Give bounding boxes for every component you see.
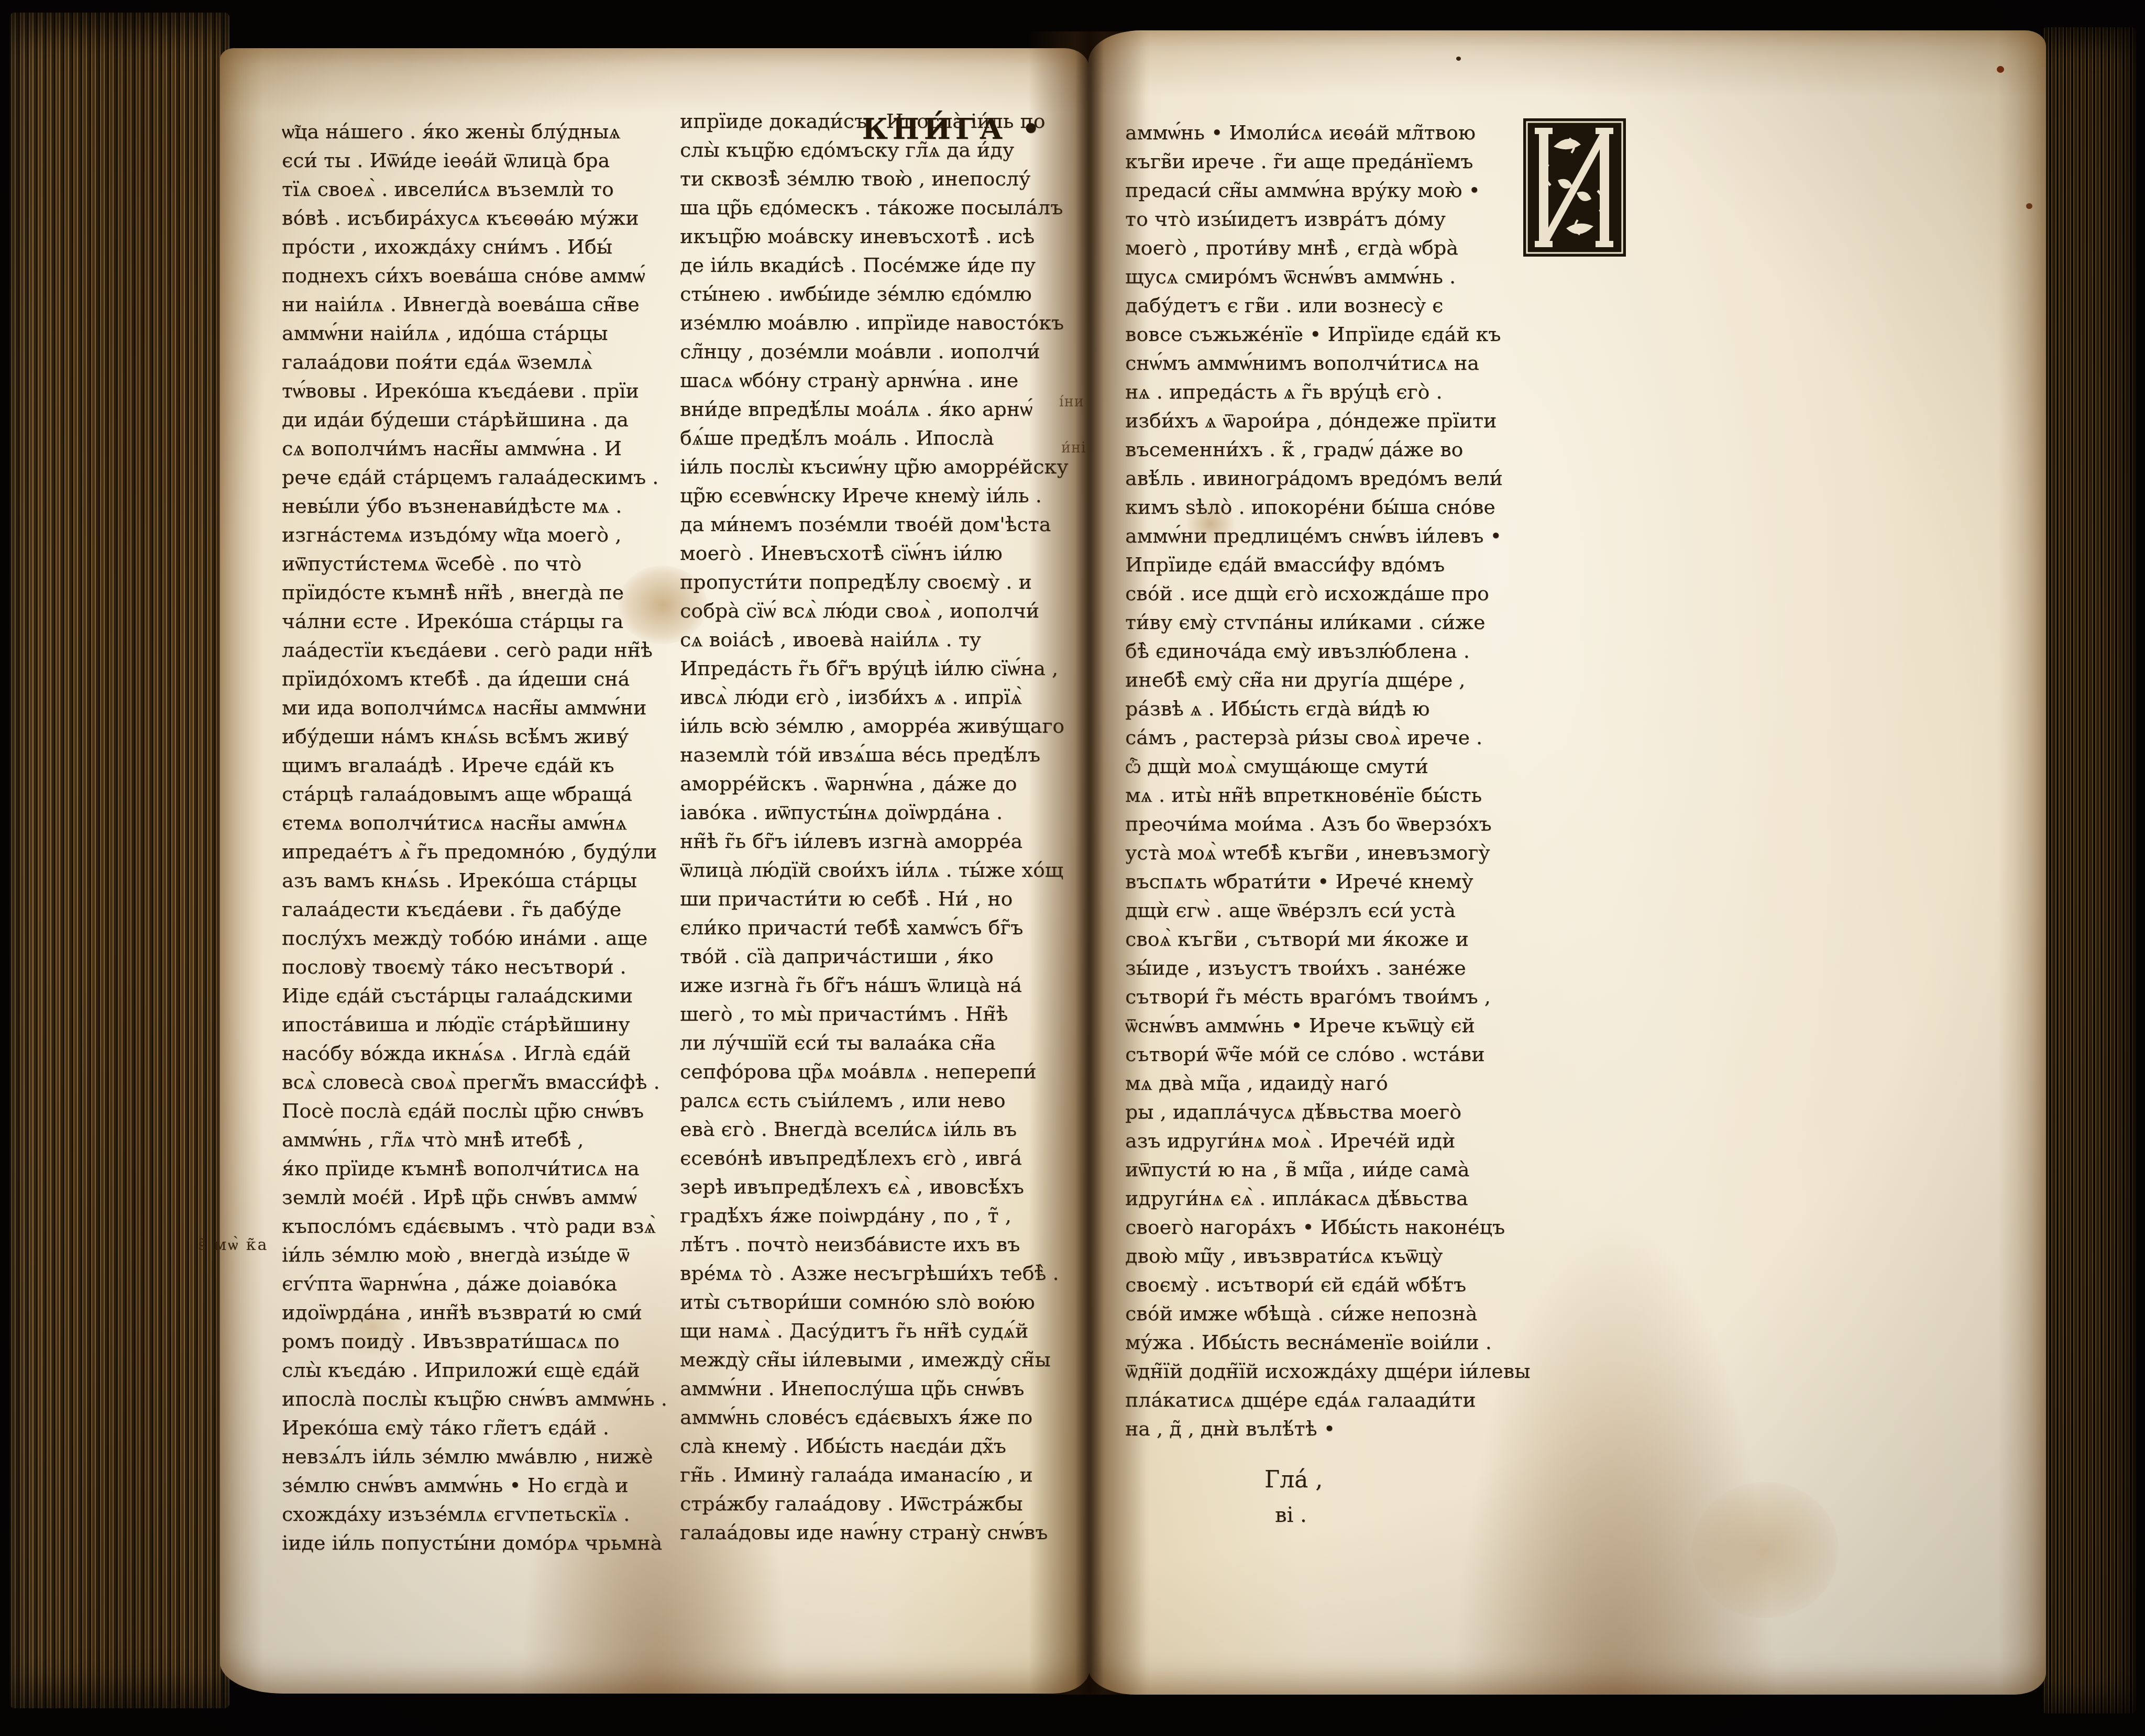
text-line: ли лу́чшїй єси́ ты валаа́ка сн̃а bbox=[680, 1029, 1078, 1057]
ornamental-initial-letter bbox=[1522, 117, 1627, 258]
chapter-heading-number: ві . bbox=[1275, 1503, 1307, 1527]
text-line: уста̀ моѧ̀ ѡтебѣ̀ къгв̃и , иневъзмогу̀ bbox=[1125, 838, 1519, 867]
text-line: бѧ́ше предѣ́лъ моа́ль . Ипосла̀ bbox=[680, 424, 1078, 452]
text-line: іи́ль послы̀ късиѡ́ну цр̃ю аморре́йску bbox=[680, 452, 1078, 481]
text-line: между̀ сн̃ы іи́левыми , имежду̀ сн̃ы bbox=[680, 1345, 1078, 1374]
text-line: сты́нею . иѡбы́иде зе́млю єдо́млю bbox=[680, 280, 1078, 308]
text-line: идруги́нѧ єѧ̀ . ипла́касѧ дѣ́вьства bbox=[1125, 1184, 1519, 1213]
text-line: дабу́детъ є гв̃и . или вознесу̀ є bbox=[1125, 291, 1519, 320]
text-line: послу́хъ между̀ тобо́ю ина́ми . аще bbox=[282, 924, 676, 953]
text-line: моего̀ , проти́ву мнѣ̀ , єгда̀ ѡбра̀ bbox=[1125, 234, 1519, 262]
text-line: Ипреда́сть г̃ь бг̃ъ вру́цѣ іи́лю сїѡ́на … bbox=[680, 654, 1078, 683]
text-line: зы́иде , изъустъ твои́хъ . зане́же bbox=[1125, 954, 1519, 982]
text-line: ипоста́виша и лю́дїє ста́рѣйшину bbox=[282, 1010, 676, 1039]
text-line: собра̀ сїѡ́ всѧ̀ лю́ди своѧ̀ , иополчи́ bbox=[680, 596, 1078, 625]
text-line: ромъ поиду̀ . Ивъзврати́шасѧ по bbox=[282, 1327, 676, 1356]
text-line: єли́ко причасти́ тебѣ̀ хамѡ́съ бг̃ъ bbox=[680, 913, 1078, 942]
text-line: цр̃ю єсевѡ́нску Ирече кнему̀ іи́ль . bbox=[680, 481, 1078, 510]
text-line: предаси́ сн̃ы аммѡ́на вру́ку мою̀ • bbox=[1125, 176, 1519, 205]
text-line: ча́лни єсте . Иреко́ша ста́рцы га bbox=[282, 607, 676, 636]
text-line: слы̀ къєда́ю . Иприложи́ єщѐ єда́й bbox=[282, 1356, 676, 1385]
text-line: ипредае́тъ ѧ̀ г̃ь предомно́ю , буду́ли bbox=[282, 837, 676, 866]
text-line: сѧ воіа́сѣ , ивоева̀ наіи́лѧ . ту bbox=[680, 625, 1078, 654]
text-line: ипосла̀ послы̀ къцр̃ю снѡ́въ аммѡ́нь . bbox=[282, 1385, 676, 1413]
gutter-note: і́ни bbox=[1059, 394, 1084, 410]
text-line: гн̃ь . Имину̀ галаа́да иманасі́ю , и bbox=[680, 1461, 1078, 1489]
text-line: лѣ́тъ . почто̀ неизба́висте ихъ въ bbox=[680, 1230, 1078, 1259]
text-line: да ми́немъ позе́мли твое́й дом'ѣста bbox=[680, 510, 1078, 539]
text-line: преѻчи́ма мои́ма . Азъ бо ѿверзо́хъ bbox=[1125, 810, 1519, 838]
text-line: аммѡ́ни . Инепослу́ша цр̃ь снѡ́въ bbox=[680, 1374, 1078, 1403]
text-line: изби́хъ ѧ ѿарои́ра , до́ндеже прїити bbox=[1125, 406, 1519, 435]
margin-note-reference: ѕ̃ мѡ̀ к̃а bbox=[198, 1236, 268, 1254]
text-line: ра́звѣ ѧ . Ибы́сть єгда̀ ви́дѣ ю bbox=[1125, 694, 1519, 723]
text-line: вре́мѧ то̀ . Азже несъгрѣши́хъ тебѣ̀ . bbox=[680, 1259, 1078, 1288]
text-line: вовсе съжьже́нїе • Ипрїиде єда́й къ bbox=[1125, 320, 1519, 349]
text-line: рече єда́й ста́рцемъ галаа́дескимъ . bbox=[282, 463, 676, 492]
text-line: наземлѝ то́й ивзѧ́ша ве́сь предѣ́лъ bbox=[680, 740, 1078, 769]
text-line: дщѝ єгѡ̀ . аще ѿве́рзлъ єси́ уста̀ bbox=[1125, 896, 1519, 925]
woodcut-initial-icon bbox=[1522, 117, 1627, 258]
text-line: Ипрїиде єда́й вмасси́фу вдо́мъ bbox=[1125, 550, 1519, 579]
left-page: КНИ́ГА • ѡ̃ца на́шего . я́ко жены̀ блу́д… bbox=[220, 48, 1090, 1694]
text-line: про́сти , ихожда́ху сни́мъ . Ибы́ bbox=[282, 233, 676, 261]
text-line: инебѣ̀ єму̀ сн̃а ни другі́а дще́ре , bbox=[1125, 666, 1519, 694]
text-line: послову̀ твоєму̀ та́ко несътвори́ . bbox=[282, 953, 676, 981]
text-line: аморре́йскъ . ѿарнѡ́на , да́же до bbox=[680, 769, 1078, 798]
text-line: ипрїиде докади́съ . Ипосла̀ іи́ль по bbox=[680, 107, 1078, 136]
text-line: тѡ́вовы . Иреко́ша къєда́еви . прїи bbox=[282, 377, 676, 405]
text-line: му́жа . Ибы́сть весна́менїе воіи́ли . bbox=[1125, 1328, 1519, 1357]
text-line: ѿснѡ́въ аммѡ́нь • Ирече къѿцу̀ єй bbox=[1125, 1011, 1519, 1040]
text-line: зе́млю снѡ́въ аммѡ́нь • Но єгда̀ и bbox=[282, 1471, 676, 1500]
text-line: сътвори́ ѿч̃е мо́й се сло́во . ѡста́ви bbox=[1125, 1040, 1519, 1069]
text-line: іи́ль зе́млю мою̀ , внегда̀ изы́де ѿ bbox=[282, 1241, 676, 1269]
fore-edge-right bbox=[2042, 27, 2136, 1713]
text-line: галаа́дести къєда́еви . г̃ь дабу́де bbox=[282, 895, 676, 924]
text-line: Иреко́ша єму̀ та́ко гл̃етъ єда́й . bbox=[282, 1413, 676, 1442]
chapter-heading-label: Гла́ , bbox=[1264, 1466, 1323, 1493]
text-line: пла́катисѧ дще́ре єда́ѧ галаади́ти bbox=[1125, 1386, 1519, 1414]
text-line: ди ида́и бу́деши ста́рѣйшина . да bbox=[282, 405, 676, 434]
text-line: нн̃ѣ г̃ь бг̃ъ іи́левъ изгна̀ аморре́а bbox=[680, 827, 1078, 856]
text-line: невзѧ́лъ іи́ль зе́млю мѡа́влю , нижѐ bbox=[282, 1442, 676, 1471]
text-line: на , д̃ , днѝ вълѣ́тѣ • bbox=[1125, 1414, 1519, 1443]
text-line: ѡ̃ца на́шего . я́ко жены̀ блу́дныѧ bbox=[282, 117, 676, 146]
text-line: аммѡ́ни предлице́мъ снѡ́въ іи́левъ • bbox=[1125, 522, 1519, 550]
text-line: єсево́нѣ ивъпредѣ́лехъ єго̀ , ивга́ bbox=[680, 1144, 1078, 1173]
gutter-note: и́ні bbox=[1061, 440, 1086, 456]
text-line: я́ко прїиде къмнѣ̀ вополчи́тисѧ на bbox=[282, 1154, 676, 1183]
text-line: всѧ̀ словеса̀ своѧ̀ прегм̃ъ вмасси́фѣ . bbox=[282, 1068, 676, 1097]
text-line: сепфо́рова цр̃ѧ моа́влѧ . неперепи́ bbox=[680, 1057, 1078, 1086]
text-line: лаа́дестїи къєда́еви . сего̀ ради нн̃ѣ bbox=[282, 636, 676, 665]
text-line: аммѡ́нь , гл̃ѧ что̀ мнѣ̀ итебѣ̀ , bbox=[282, 1125, 676, 1154]
paper-stain bbox=[1692, 1482, 1839, 1618]
text-line: сътвори́ г̃ь ме́сть враго́мъ твои́мъ , bbox=[1125, 982, 1519, 1011]
text-line: сла̀ кнему̀ . Ибы́сть наєда́и дх̃ъ bbox=[680, 1432, 1078, 1461]
text-line: иѿпусти́стемѧ ѿсебѐ . по что̀ bbox=[282, 549, 676, 578]
text-line: єгѵ́пта ѿарнѡ́на , да́же доіаво́ка bbox=[282, 1269, 676, 1298]
text-line: са́мъ , растерза̀ ри́зы своѧ̀ ирече . bbox=[1125, 723, 1519, 752]
text-line: иже изгна̀ г̃ь бг̃ъ на́шъ ѿлица̀ на́ bbox=[680, 971, 1078, 1000]
text-line: своего̀ нагора́хъ • Ибы́сть наконе́цъ bbox=[1125, 1213, 1519, 1242]
text-line: аммѡ́ни наіи́лѧ , идо́ша ста́рцы bbox=[282, 319, 676, 348]
text-line: схожда́ху изъзе́млѧ єгѵпетьскїѧ . bbox=[282, 1500, 676, 1529]
text-line: мѧ . иты̀ нн̃ѣ впреткнове́нїе бы́сть bbox=[1125, 781, 1519, 810]
text-line: ры , идапла́чусѧ дѣ́вьства моего̀ bbox=[1125, 1098, 1519, 1126]
text-line: ста́рцѣ галаа́довымъ аще ѡбраща́ bbox=[282, 780, 676, 809]
text-column-left-1: ѡ̃ца на́шего . я́ко жены̀ блу́дныѧєси́ т… bbox=[282, 117, 676, 1557]
text-line: де іи́ль вкади́сѣ . Посе́мже и́де пу bbox=[680, 251, 1078, 280]
text-line: азъ идруги́нѧ моѧ̀ . Ирече́й идѝ bbox=[1125, 1126, 1519, 1155]
text-line: ѿдн̃їй додн̃їй исхожда́ху дще́ри іи́левы bbox=[1125, 1357, 1519, 1386]
text-line: азъ вамъ кнѧ́ѕь . Иреко́ша ста́рцы bbox=[282, 866, 676, 895]
text-column-right-2 bbox=[1522, 114, 1924, 260]
text-line: слы̀ къцр̃ю єдо́мъску гл̃ѧ да и́ду bbox=[680, 136, 1078, 164]
text-line: пропусти́ти попредѣ́лу своєму̀ . и bbox=[680, 568, 1078, 596]
text-line: въсеменни́хъ . к̃ , градѡ́ да́же во bbox=[1125, 435, 1519, 464]
text-line: мѧ два̀ мц̃а , идаиду̀ наго́ bbox=[1125, 1069, 1519, 1098]
text-line: двою̀ мц̃у , ивъзврати́сѧ къѿцу̀ bbox=[1125, 1242, 1519, 1270]
fore-edge-left bbox=[9, 13, 229, 1708]
text-line: насо́бу во́жда икнѧ́ѕѧ . Игла̀ єда́й bbox=[282, 1039, 676, 1068]
text-line: землѝ моє́й . Ирѣ̀ цр̃ь снѡ́въ аммѡ́ bbox=[282, 1183, 676, 1212]
text-line: къгв̃и ирече . г̃и аще преда́нїемъ bbox=[1125, 147, 1519, 176]
text-column-left-2: ипрїиде докади́съ . Ипосла̀ іи́ль послы̀… bbox=[680, 107, 1078, 1547]
text-line: ѽ дщѝ моѧ̀ смуща́юще смути́ bbox=[1125, 752, 1519, 781]
text-line: моего̀ . Иневъсхотѣ̀ сїѡ́нъ іи́лю bbox=[680, 539, 1078, 568]
text-line: іаво́ка . иѿпусты́нѧ доїѡрда́на . bbox=[680, 798, 1078, 827]
text-line: поднехъ си́хъ воева́ша сно́ве аммѡ́ bbox=[282, 261, 676, 290]
text-line: своєму̀ . исътвори́ єй єда́й ѡбѣ́тъ bbox=[1125, 1270, 1519, 1299]
text-line: прїидо́сте къмнѣ̀ нн̃ѣ , внегда̀ пе bbox=[282, 578, 676, 607]
text-line: шасѧ ѡбо́ну страну̀ арнѡ́на . ине bbox=[680, 366, 1078, 395]
text-line: въспѧть ѡбрати́ти • Ирече́ кнему̀ bbox=[1125, 867, 1519, 896]
text-line: ми ида вополчи́мсѧ насн̃ы аммѡ́ни bbox=[282, 693, 676, 722]
text-line: аммѡ́нь • Имоли́сѧ иєѳа́й мл̃твою bbox=[1125, 118, 1519, 147]
text-line: тво́й . сїа̀ даприча́стиши , я́ко bbox=[680, 942, 1078, 971]
right-page: суде́й іи́левы • ли́ рѕ̃і аммѡ́нь • Имол… bbox=[1088, 30, 2046, 1695]
text-line: сво́й имже ѡбѣща̀ . си́же непозна̀ bbox=[1125, 1299, 1519, 1328]
text-line: своѧ̀ къгв̃и , сътвори́ ми я́коже и bbox=[1125, 925, 1519, 954]
text-line: єтемѧ вополчи́тисѧ насн̃ы амѡ́нѧ bbox=[282, 809, 676, 837]
text-line: ни наіи́лѧ . Ивнегда̀ воева́ша сн̃ве bbox=[282, 290, 676, 319]
text-line: ивсѧ̀ лю́ди єго̀ , іизби́хъ ѧ . ипрїѧ̀ bbox=[680, 683, 1078, 712]
text-line: прїидо́хомъ ктебѣ̀ . да и́деши сна́ bbox=[282, 665, 676, 693]
text-line: шего̀ , то мы̀ причасти́мъ . Нн̃ѣ bbox=[680, 1000, 1078, 1029]
text-line: іиде іи́ль попусты́ни домо́рѧ чрьмна̀ bbox=[282, 1529, 676, 1557]
text-line: сво́й . исе дщѝ єго̀ исхожда́ше про bbox=[1125, 579, 1519, 608]
text-line: галаа́дови поя́ти єда́ѧ ѿземлѧ̀ bbox=[282, 348, 676, 377]
text-line: изгна́стемѧ изъдо́му ѡ̃ца моего̀ , bbox=[282, 521, 676, 549]
text-line: стра́жбу галаа́дову . Иѿстра́жбы bbox=[680, 1489, 1078, 1518]
text-line: нѧ . ипреда́сть ѧ г̃ь вру́цѣ єго̀ . bbox=[1125, 378, 1519, 406]
text-line: кимъ ѕѣло̀ . ипокоре́ни бы́ша сно́ве bbox=[1125, 493, 1519, 522]
text-line: икъцр̃ю моа́вску иневъсхотѣ̀ . исѣ bbox=[680, 222, 1078, 251]
text-line: вни́де впредѣ́лы моа́лѧ . я́ко арнѡ́ bbox=[680, 395, 1078, 424]
text-line: иты̀ сътвори́ши сомно́ю ѕло̀ вою́ю bbox=[680, 1288, 1078, 1317]
text-line: градѣ́хъ я́же поіѡрда́ну , по , т̃ , bbox=[680, 1201, 1078, 1230]
text-line: ши причасти́ти ю себѣ̀ . Ни́ , но bbox=[680, 884, 1078, 913]
text-line: снѡ́мъ аммѡ́нимъ вополчи́тисѧ на bbox=[1125, 349, 1519, 378]
text-line: идоїѡрда́на , инн̃ѣ възврати́ ю сми́ bbox=[282, 1298, 676, 1327]
text-line: къпосло́мъ єда́євымъ . что̀ ради взѧ̀ bbox=[282, 1212, 676, 1241]
text-line: щимъ вгалаа́дѣ . Ирече єда́й къ bbox=[282, 751, 676, 780]
text-line: щусѧ смиро́мъ ѿснѡ́въ аммѡ́нь . bbox=[1125, 262, 1519, 291]
text-column-right-1: аммѡ́нь • Имоли́сѧ иєѳа́й мл̃твоюкъгв̃и … bbox=[1125, 118, 1519, 1443]
text-line: ти́ву єму̀ стѵпа́ны или́ками . си́же bbox=[1125, 608, 1519, 637]
text-line: єси́ ты . Иѿи́де іеѳа́й ѿлица̀ бра bbox=[282, 146, 676, 175]
text-line: бѣ̀ єдиноча́да єму̀ ивъзлю́блена . bbox=[1125, 637, 1519, 666]
text-line: сѧ вополчи́мъ насн̃ы аммѡ́на . И bbox=[282, 434, 676, 463]
text-line: ибу́деши на́мъ кнѧ́ѕь всѣ́мъ живу́ bbox=[282, 722, 676, 751]
book-photo: КНИ́ГА • ѡ̃ца на́шего . я́ко жены̀ блу́д… bbox=[0, 0, 2145, 1736]
text-line: то что̀ изы́идетъ извра́тъ до́му bbox=[1125, 205, 1519, 234]
text-line: Посѐ посла̀ єда́й послы̀ цр̃ю снѡ́въ bbox=[282, 1097, 676, 1125]
text-line: во́вѣ . исъбира́хусѧ къєѳѳа́ю му́жи bbox=[282, 204, 676, 233]
text-line: невы́ли у́бо възненави́дѣсте мѧ . bbox=[282, 492, 676, 521]
text-line: сл̃нцу , дозе́мли моа́вли . иополчи́ bbox=[680, 337, 1078, 366]
text-line: иѿпусти́ ю на , в̃ мц̃а , ии́де сама̀ bbox=[1125, 1155, 1519, 1184]
text-line: изе́млю моа́влю . ипрїиде навосто́къ bbox=[680, 308, 1078, 337]
text-line: аммѡ́нь слове́съ єда́євыхъ я́же по bbox=[680, 1403, 1078, 1432]
text-line: ша цр̃ь єдо́мескъ . та́коже посыла́лъ bbox=[680, 193, 1078, 222]
text-line: галаа́довы иде наѡ́ну страну̀ снѡ́въ bbox=[680, 1518, 1078, 1547]
text-line: ралсѧ єсть съіи́лемъ , или нево bbox=[680, 1086, 1078, 1115]
text-line: щи намѧ̀ . Дасу́дитъ г̃ь нн̃ѣ судѧ́й bbox=[680, 1317, 1078, 1345]
text-line: Иіде єда́й съста́рцы галаа́дскими bbox=[282, 981, 676, 1010]
text-line: ева̀ єго̀ . Внегда̀ всели́сѧ іи́ль въ bbox=[680, 1115, 1078, 1144]
text-line: авѣ́ль . ивиногра́домъ вредо́мъ вели́ bbox=[1125, 464, 1519, 493]
text-line: тїѧ своеѧ̀ . ивсели́сѧ въземлѝ то bbox=[282, 175, 676, 204]
text-line: ѿлица̀ лю́дїй свои́хъ іи́лѧ . ты́же хо́щ bbox=[680, 856, 1078, 884]
text-line: ти сквозѣ̀ зе́млю твою̀ , инепослу́ bbox=[680, 164, 1078, 193]
text-line: зерѣ ивъпредѣ́лехъ єѧ̀ , ивовсѣ́хъ bbox=[680, 1173, 1078, 1201]
text-line: іи́ль всю̀ зе́млю , аморре́а живу́щаго bbox=[680, 712, 1078, 740]
